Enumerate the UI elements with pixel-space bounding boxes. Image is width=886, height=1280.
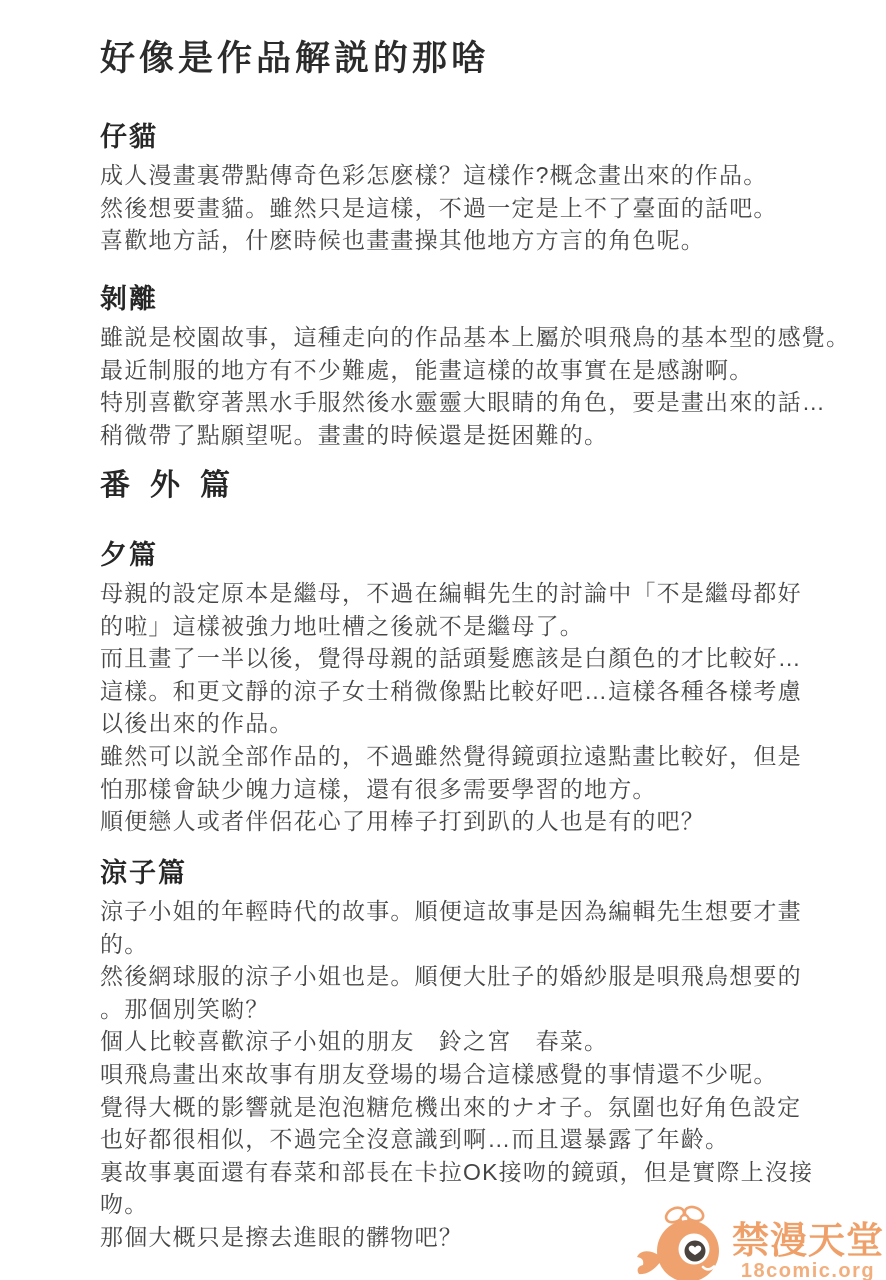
section-kitten: 仔貓 成人漫畫裏帶點傳奇色彩怎麽樣？這樣作?概念畫出來的作品。 然後想要畫貓。雖… [100, 120, 878, 257]
section-yuu: 夕篇 母親的設定原本是繼母，不過在編輯先生的討論中「不是繼母都好 的啦」這樣被強… [100, 538, 878, 838]
section-ryoko-heading: 涼子篇 [100, 856, 878, 890]
section-ryoko-body: 涼子小姐的年輕時代的故事。順便這故事是因為編輯先生想要才畫 的。 然後網球服的涼… [100, 895, 878, 1254]
section-kitten-body: 成人漫畫裏帶點傳奇色彩怎麽樣？這樣作?概念畫出來的作品。 然後想要畫貓。雖然只是… [100, 159, 878, 257]
watermark-text: 禁漫天堂 18comic.org [732, 1222, 884, 1280]
watermark-site-url: 18comic.org [741, 1261, 875, 1280]
section-kitten-heading: 仔貓 [100, 120, 878, 154]
section-yuu-body: 母親的設定原本是繼母，不過在編輯先生的討論中「不是繼母都好 的啦」這樣被強力地吐… [100, 577, 878, 838]
section-ryoko: 涼子篇 涼子小姐的年輕時代的故事。順便這故事是因為編輯先生想要才畫 的。 然後網… [100, 856, 878, 1254]
section-peel-heading: 剝離 [100, 282, 878, 316]
section-extras-header: 番外篇 [100, 468, 878, 509]
section-peel: 剝離 雖説是校園故事，這種走向的作品基本上屬於唄飛鳥的基本型的感覺。 最近制服的… [100, 282, 878, 451]
page-title: 好像是作品解説的那啥 [100, 38, 490, 80]
watermark-site-name: 禁漫天堂 [732, 1222, 884, 1259]
section-peel-body: 雖説是校園故事，這種走向的作品基本上屬於唄飛鳥的基本型的感覺。 最近制服的地方有… [100, 321, 878, 451]
document-page: 好像是作品解説的那啥 仔貓 成人漫畫裏帶點傳奇色彩怎麽樣？這樣作?概念畫出來的作… [0, 0, 886, 1280]
watermark-badge: 禁漫天堂 18comic.org [635, 1204, 884, 1280]
whale-mascot-icon [635, 1204, 731, 1280]
section-extras-heading: 番外篇 [100, 468, 878, 504]
section-yuu-heading: 夕篇 [100, 538, 878, 572]
